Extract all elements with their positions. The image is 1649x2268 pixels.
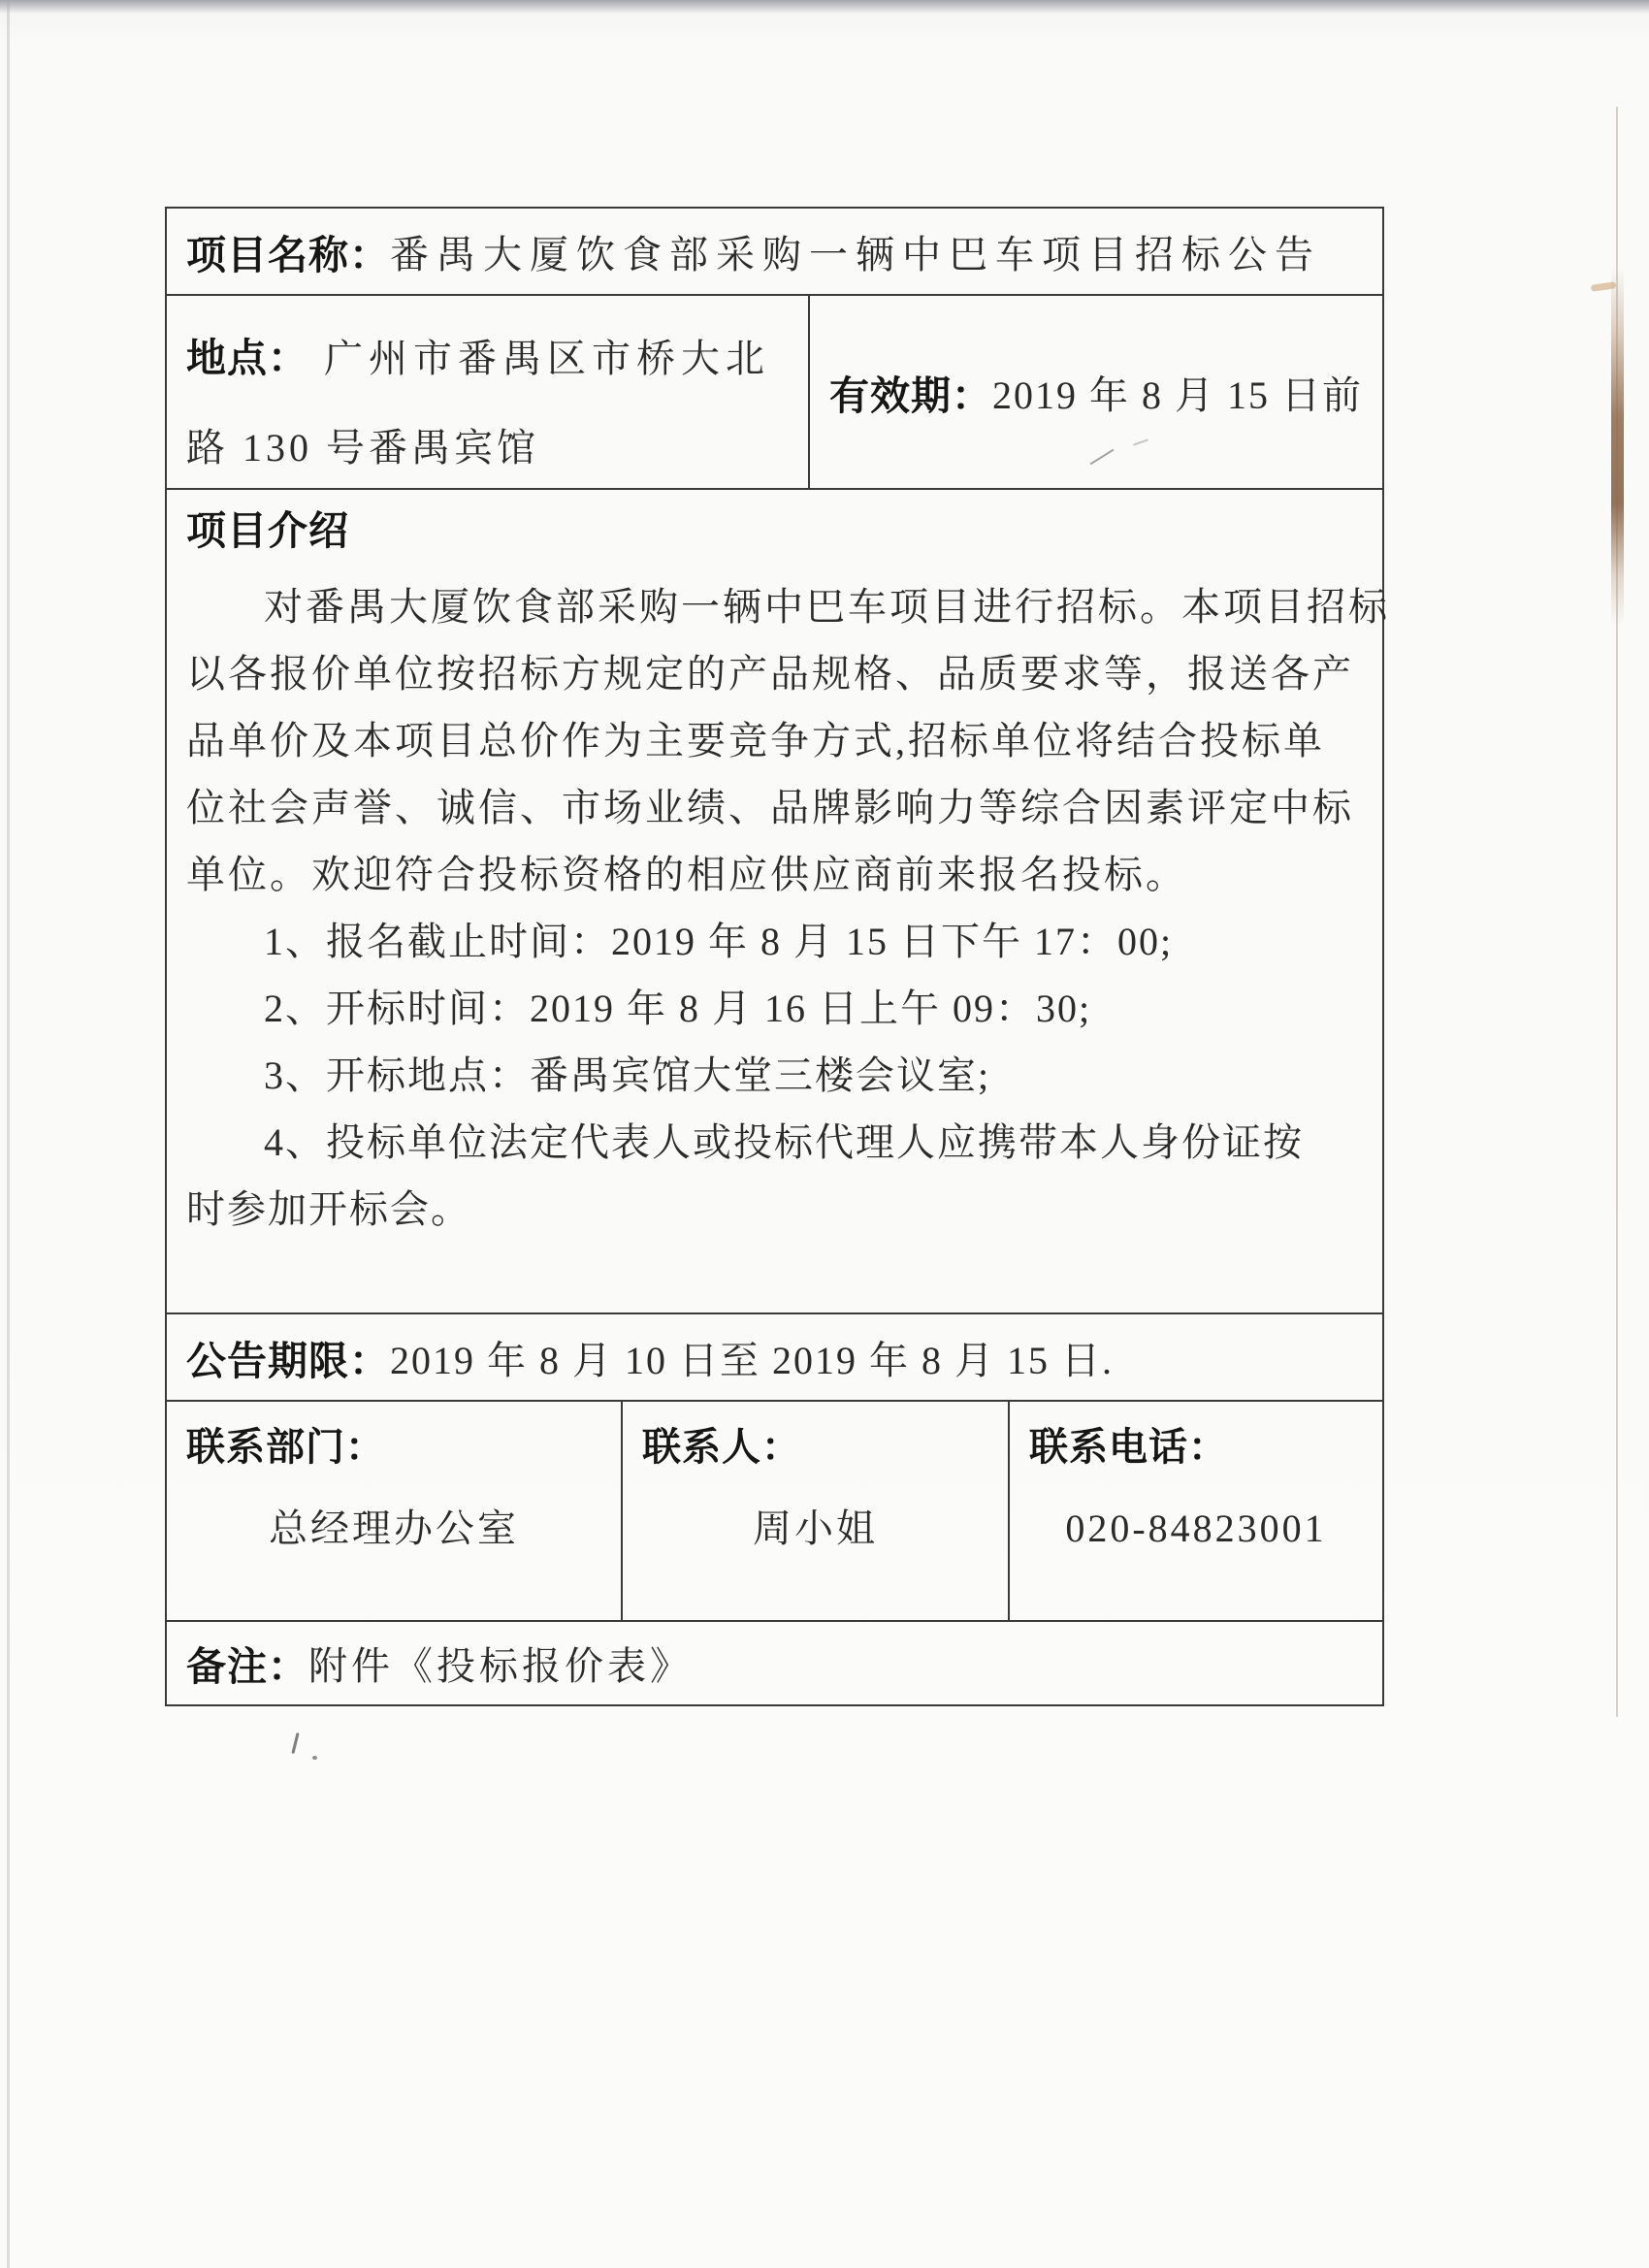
project-intro-cell: 项目介绍 对番禺大厦饮食部采购一辆中巴车项目进行招标。本项目招标 以各报价单位按… xyxy=(167,490,1382,1312)
location-line-1: 地点： 广州市番禺区市桥大北 xyxy=(186,313,789,404)
intro-item-1: 1、报名截止时间：2019 年 8 月 15 日下午 17：00; xyxy=(264,908,1363,975)
validity-value: 2019 年 8 月 15 日前 xyxy=(992,365,1363,420)
scanned-tender-notice-page: 项目名称： 番禺大厦饮食部采购一辆中巴车项目招标公告 地点： 广州市番禺区市桥大… xyxy=(0,0,1649,2268)
location-value-line2: 路 130 号番禺宾馆 xyxy=(186,404,789,493)
contact-phone-cell: 联系电话： 020-84823001 xyxy=(1008,1402,1382,1620)
intro-line: 品单价及本项目总价作为主要竞争方式,招标单位将结合投标单 xyxy=(186,707,1363,774)
validity-cell: 有效期： 2019 年 8 月 15 日前 xyxy=(808,296,1382,488)
contact-person-label: 联系人： xyxy=(642,1423,988,1472)
announcement-period-row: 公告期限： 2019 年 8 月 10 日至 2019 年 8 月 15 日. xyxy=(167,1312,1382,1400)
intro-line: 以各报价单位按招标方规定的产品规格、品质要求等，报送各产 xyxy=(186,640,1363,707)
validity-label: 有效期： xyxy=(829,364,992,421)
contact-department-label: 联系部门： xyxy=(186,1423,601,1472)
contact-row: 联系部门： 总经理办公室 联系人： 周小姐 联系电话： 020-84823001 xyxy=(167,1400,1382,1620)
announcement-period-cell: 公告期限： 2019 年 8 月 10 日至 2019 年 8 月 15 日. xyxy=(167,1314,1382,1400)
remark-value: 附件《投标报价表》 xyxy=(308,1636,693,1691)
location-validity-row: 地点： 广州市番禺区市桥大北 路 130 号番禺宾馆 有效期： 2019 年 8… xyxy=(167,294,1382,488)
announcement-period-label: 公告期限： xyxy=(186,1329,390,1386)
contact-department-cell: 联系部门： 总经理办公室 xyxy=(167,1402,621,1620)
project-intro-heading: 项目介绍 xyxy=(186,505,1363,556)
location-label: 地点： xyxy=(186,335,308,381)
intro-item-2: 2、开标时间：2019 年 8 月 16 日上午 09：30; xyxy=(264,975,1363,1042)
contact-department-value: 总经理办公室 xyxy=(186,1507,601,1551)
project-intro-row: 项目介绍 对番禺大厦饮食部采购一辆中巴车项目进行招标。本项目招标 以各报价单位按… xyxy=(167,488,1382,1312)
pencil-mark xyxy=(312,1756,317,1760)
remark-cell: 备注： 附件《投标报价表》 xyxy=(167,1622,1382,1704)
intro-item-3: 3、开标地点：番禺宾馆大堂三楼会议室; xyxy=(264,1042,1363,1109)
contact-person-cell: 联系人： 周小姐 xyxy=(621,1402,1008,1620)
left-crease-line xyxy=(7,0,10,2268)
project-name-value: 番禺大厦饮食部采购一辆中巴车项目招标公告 xyxy=(390,224,1321,279)
project-name-row: 项目名称： 番禺大厦饮食部采购一辆中巴车项目招标公告 xyxy=(167,209,1382,294)
project-name-cell: 项目名称： 番禺大厦饮食部采购一辆中巴车项目招标公告 xyxy=(167,209,1382,294)
brown-stain xyxy=(1611,267,1624,626)
location-cell: 地点： 广州市番禺区市桥大北 路 130 号番禺宾馆 xyxy=(167,296,808,488)
location-value-line1: 广州市番禺区市桥大北 xyxy=(324,337,770,380)
intro-line: 对番禺大厦饮食部采购一辆中巴车项目进行招标。本项目招标 xyxy=(186,573,1363,640)
intro-item-4: 4、投标单位法定代表人或投标代理人应携带本人身份证按 xyxy=(264,1109,1363,1176)
contact-phone-value: 020-84823001 xyxy=(1029,1507,1363,1551)
project-intro-body: 对番禺大厦饮食部采购一辆中巴车项目进行招标。本项目招标 以各报价单位按招标方规定… xyxy=(186,573,1363,1243)
remark-row: 备注： 附件《投标报价表》 xyxy=(167,1620,1382,1704)
pencil-mark xyxy=(291,1733,299,1754)
project-name-label: 项目名称： xyxy=(186,223,390,280)
contact-person-value: 周小姐 xyxy=(642,1507,988,1551)
contact-phone-label: 联系电话： xyxy=(1029,1423,1363,1472)
tender-notice-table: 项目名称： 番禺大厦饮食部采购一辆中巴车项目招标公告 地点： 广州市番禺区市桥大… xyxy=(165,207,1384,1706)
remark-label: 备注： xyxy=(186,1635,308,1692)
scan-edge-shadow xyxy=(0,0,1649,14)
intro-item-4-continuation: 时参加开标会。 xyxy=(186,1176,1363,1243)
intro-line: 位社会声誉、诚信、市场业绩、品牌影响力等综合因素评定中标 xyxy=(186,774,1363,841)
intro-line: 单位。欢迎符合投标资格的相应供应商前来报名投标。 xyxy=(186,841,1363,908)
announcement-period-value: 2019 年 8 月 10 日至 2019 年 8 月 15 日. xyxy=(390,1330,1114,1385)
